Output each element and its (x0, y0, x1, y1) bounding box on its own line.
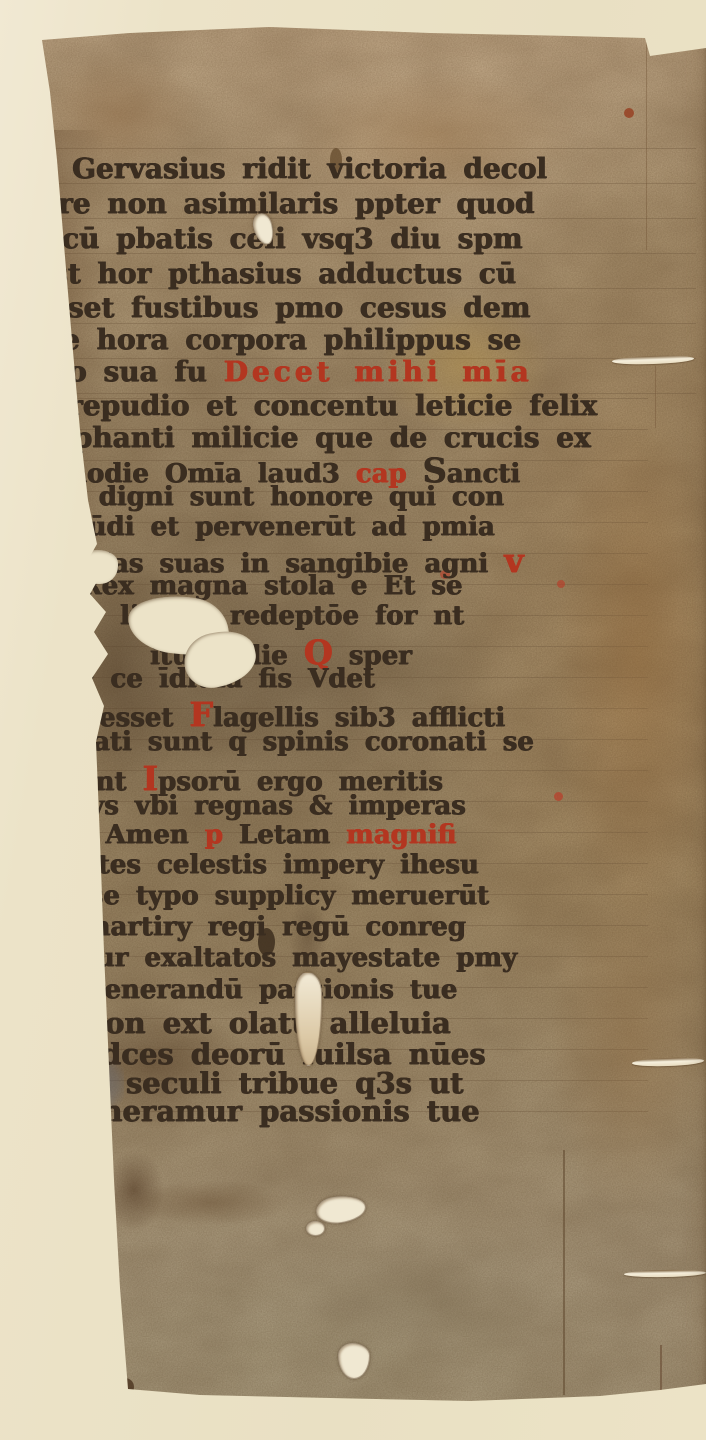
text-segment: chson ext olatū alleluia (50, 1006, 451, 1040)
text-segment: natur exaltatos mayestate pmy (48, 943, 517, 973)
text-segment: p venerandū passionis tue (55, 975, 457, 1005)
manuscript-text-line: iphanti milicie que de crucis ex (62, 421, 591, 454)
text-segment: tantes celestis impery ihesu (50, 850, 479, 880)
manuscript-text-line: chson ext olatū alleluia (50, 1006, 451, 1040)
manuscript-text-line: veneramur passionis tue (66, 1094, 480, 1128)
manuscript-text-line: st hor pthasius adductus cū (52, 257, 516, 290)
text-segment: cū pbatis celi vsq3 diu spm (62, 222, 523, 255)
text-segment: p (205, 820, 239, 850)
manuscript-photo: Gervasius ridit victoria decolre non asi… (0, 0, 706, 1440)
manuscript-text-line: rotati sunt q spinis coronati se (50, 727, 534, 757)
manuscript-text-line: Gervasius ridit victoria decol (72, 152, 547, 185)
text-segment: Decet mihi mīa (224, 355, 533, 388)
text-segment: udys vbi regnas & imperas (52, 791, 466, 821)
text-segment: sset fustibus pmo cesus dem (52, 291, 530, 324)
manuscript-text-line: as Amen p Letam magnifi (58, 820, 456, 850)
manuscript-text-line: re non asimilaris ppter quod (58, 187, 535, 220)
manuscript-text-line: natur exaltatos mayestate pmy (48, 943, 517, 973)
text-segment: iphanti milicie que de crucis ex (62, 421, 591, 454)
text-segment: Gervasius ridit victoria decol (72, 152, 547, 185)
text-segment: o sua fu (68, 355, 224, 388)
manuscript-text-line: tantes celestis impery ihesu (50, 850, 479, 880)
manuscript-text-line: a martiry regi regū conreg (50, 912, 466, 942)
text-segment: rotati sunt q spinis coronati se (50, 727, 534, 757)
manuscript-text-line: e hora corpora philippus se (62, 323, 521, 356)
text-segment: re non asimilaris ppter quod (58, 187, 535, 220)
hole (306, 1221, 325, 1236)
manuscript-text-line: Rex magna stola e Et se (80, 571, 462, 601)
manuscript-text-line: udys vbi regnas & imperas (52, 791, 466, 821)
text-segment: e hora corpora philippus se (62, 323, 521, 356)
text-segment: veneramur passionis tue (66, 1094, 480, 1128)
text-segment: Rex magna stola e (80, 571, 383, 601)
text-segment: repudio et concentu leticie felix (68, 389, 597, 422)
text-segment: s se typo supplicy meruerūt (58, 881, 489, 911)
text-segment: e digni sunt honore qui con (66, 482, 504, 512)
text-segment: Et se (383, 571, 462, 601)
manuscript-text-line: repudio et concentu leticie felix (68, 389, 597, 422)
manuscript-text-line: sset fustibus pmo cesus dem (52, 291, 530, 324)
manuscript-text-line: s se typo supplicy meruerūt (58, 881, 489, 911)
manuscript-text-line: o sua fu Decet mihi mīa (68, 355, 533, 388)
text-segment: Letam (239, 820, 346, 850)
text-segment: st hor pthasius adductus cū (52, 257, 516, 290)
text-segment: a martiry regi regū conreg (50, 912, 466, 942)
text-segment: v (504, 541, 523, 580)
manuscript-text-line: p venerandū passionis tue (55, 975, 457, 1005)
manuscript-text-line: e digni sunt honore qui con (66, 482, 504, 512)
manuscript-text-line: mūdi et pervenerūt ad pmia (60, 512, 495, 542)
manuscript-text-line: cū pbatis celi vsq3 diu spm (62, 222, 523, 255)
text-segment: mūdi et pervenerūt ad pmia (60, 512, 495, 542)
text-segment: magnifi (346, 820, 456, 850)
